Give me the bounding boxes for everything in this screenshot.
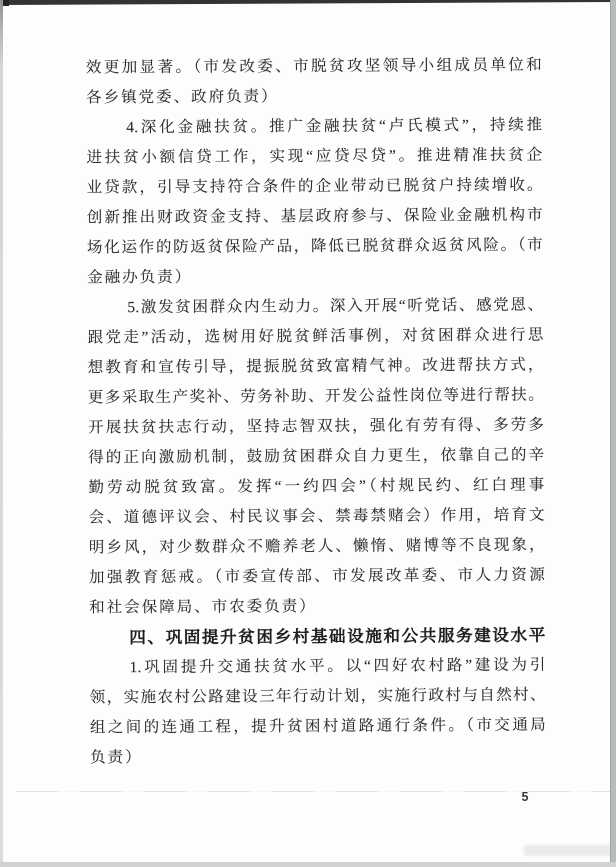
document-body: 效更加显著。（市发改委、市脱贫攻坚领导小组成员单位和 各乡镇党委、政府负责） 4…	[86, 51, 546, 774]
scan-edge-bottom	[0, 862, 616, 867]
text-line: 效更加显著。（市发改委、市脱贫攻坚领导小组成员单位和	[86, 51, 542, 84]
text-line: 明乡风，对少数群众不赡养老人、懒惰、赌博等不良现象，	[89, 531, 545, 564]
text-line: 会、道德评议会、村民议事会、禁毒禁赌会）作用，培育文	[89, 501, 545, 534]
text-line: 5.激发贫困群众内生动力。深入开展“听党话、感党恩、	[87, 291, 543, 324]
text-line: 想教育和宣传引导，提振脱贫致富精气神。改进帮扶方式，	[88, 351, 544, 384]
scan-edge-right	[610, 0, 616, 867]
scan-edge-top	[0, 0, 616, 5]
faint-watermark	[524, 845, 612, 856]
page-number: 5	[514, 789, 536, 805]
text-line: 各乡镇党委、政府负责）	[86, 81, 542, 114]
scanned-document-page: 效更加显著。（市发改委、市脱贫攻坚领导小组成员单位和 各乡镇党委、政府负责） 4…	[0, 0, 616, 867]
text-line: 4.深化金融扶贫。推广金融扶贫“卢氏模式”，持续推	[86, 111, 542, 144]
text-line: 业贷款，引导支持符合条件的企业带动已脱贫户持续增收。	[87, 171, 543, 204]
text-line: 更多采取生产奖补、劳务补助、开发公益性岗位等进行帮扶。	[88, 381, 544, 414]
text-line: 进扶贫小额信贷工作，实现“应贷尽贷”。推进精准扶贫企	[86, 141, 542, 174]
text-line: 场化运作的防返贫保险产品，降低已脱贫群众返贫风险。（市	[87, 231, 543, 264]
text-line: 得的正向激励机制，鼓励贫困群众自力更生，依靠自己的辛	[88, 441, 544, 474]
text-line: 金融办负责）	[87, 261, 543, 294]
text-line: 组之间的连通工程，提升贫困村道路通行条件。（市交通局	[90, 711, 546, 744]
text-line: 加强教育惩戒。（市委宣传部、市发展改革委、市人力资源	[89, 561, 545, 594]
scan-edge-left	[0, 0, 3, 867]
text-line: 创新推出财政资金支持、基层政府参与、保险业金融机构市	[87, 201, 543, 234]
text-line: 负责）	[90, 741, 546, 774]
text-line: 跟党走”活动，选树用好脱贫鲜活事例，对贫困群众进行思	[87, 321, 543, 354]
text-line: 和社会保障局、市农委负责）	[89, 591, 545, 624]
text-line: 1.巩固提升交通扶贫水平。以“四好农村路”建设为引	[89, 651, 545, 684]
text-line: 领，实施农村公路建设三年行动计划，实施行政村与自然村、	[90, 681, 546, 714]
text-line: 勤劳动脱贫致富。发挥“一约四会”（村规民约、红白理事	[88, 471, 544, 504]
section-heading: 四、巩固提升贫困乡村基础设施和公共服务建设水平	[89, 621, 545, 654]
text-line: 开展扶贫扶志行动，坚持志智双扶，强化有劳有得、多劳多	[88, 411, 544, 444]
